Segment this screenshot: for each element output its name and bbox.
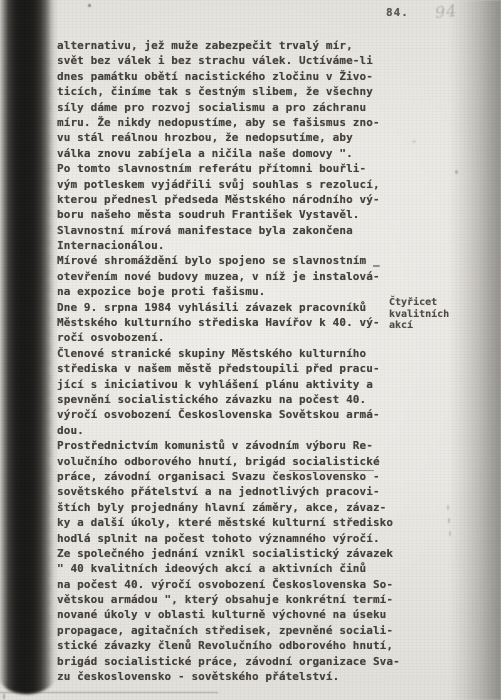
text-line: boru našeho města soudruh František Vyst… bbox=[57, 207, 402, 222]
scan-binding-shadow bbox=[0, 0, 58, 694]
text-line: jící s iniciativou k vyhlášení plánu akt… bbox=[57, 377, 402, 392]
text-line: propagace, agitačních středisek, zpevněn… bbox=[57, 623, 402, 638]
text-line: ticích, činíme tak s čestným slibem, že … bbox=[57, 84, 402, 99]
text-line: Internacionálou. bbox=[57, 238, 402, 253]
text-line: Členové stranické skupiny Městského kult… bbox=[57, 346, 402, 361]
text-line: míru. Že nikdy nedopustíme, aby se fašis… bbox=[57, 115, 402, 130]
text-line: spevnění socialistického závazku na poče… bbox=[57, 392, 402, 407]
text-line: zu československo - sovětského přátelstv… bbox=[57, 669, 402, 684]
text-line: dnes památku obětí nacistického zločinu … bbox=[57, 69, 402, 84]
text-line: výročí osvobození Československa Sovětsk… bbox=[57, 407, 402, 422]
text-line: volučního odborového hnutí, brigád socia… bbox=[57, 454, 402, 469]
margin-note: Čtyřicetkvalitníchakcí bbox=[389, 297, 449, 332]
margin-note-line: kvalitních bbox=[389, 309, 449, 321]
text-line: Mírové shromáždění bylo spojeno se slavn… bbox=[57, 253, 402, 268]
text-line: práce, závodní organisaci Svazu českoslo… bbox=[57, 469, 402, 484]
scan-edge-shadow bbox=[449, 0, 501, 700]
text-line: Ze společného jednání vznikl socialistic… bbox=[57, 546, 402, 561]
paragraph: Dne 9. srpna 1984 vyhlásili závazek prac… bbox=[57, 300, 402, 685]
text-line: válka znovu zabíjela a ničila naše domov… bbox=[57, 146, 402, 161]
text-line: otevřením nové budovy muzea, v níž je in… bbox=[57, 269, 402, 284]
margin-note-line: Čtyřicet bbox=[389, 297, 449, 309]
paragraph: alternativu, jež muže zabezpečit trvalý … bbox=[57, 38, 402, 300]
text-line: Po tomto slavnostním referátu přítomni b… bbox=[57, 161, 402, 176]
scan-speck bbox=[88, 4, 91, 7]
text-line: sovětského přátelství a na jednotlivých … bbox=[57, 484, 402, 499]
text-line: větskou armádou ", který obsahuje konkré… bbox=[57, 592, 402, 607]
scanned-page: alternativu, jež muže zabezpečit trvalý … bbox=[0, 0, 501, 700]
text-line: dou. bbox=[57, 423, 402, 438]
text-line: štích byly projednány hlavní záměry, akc… bbox=[57, 500, 402, 515]
text-line: ročí osvobození. bbox=[57, 330, 402, 345]
margin-note-line: akcí bbox=[389, 320, 449, 332]
text-line: hodlá splnit na počest tohoto významného… bbox=[57, 531, 402, 546]
underline-mark bbox=[289, 470, 374, 471]
text-line: brigád socialistické práce, závodní orga… bbox=[57, 654, 402, 669]
text-line: stické závazky členů Revolučního odborov… bbox=[57, 638, 402, 653]
text-line: na počest 40. výročí osvobození Českoslo… bbox=[57, 577, 402, 592]
text-line: Dne 9. srpna 1984 vyhlásili závazek prac… bbox=[57, 300, 402, 315]
text-line: vým potleskem vyjádřili svůj souhlas s r… bbox=[57, 177, 402, 192]
body-text: alternativu, jež muže zabezpečit trvalý … bbox=[57, 38, 402, 684]
text-line: svět bez válek i bez strachu válek. Uctí… bbox=[57, 53, 402, 68]
text-line: Prostřednictvím komunistů v závodním výb… bbox=[57, 438, 402, 453]
text-line: vu stál reálnou hrozbou, že nedopsutíme,… bbox=[57, 130, 402, 145]
text-line: kterou přednesl předseda Městského národ… bbox=[57, 192, 402, 207]
page-number: 84. bbox=[386, 6, 409, 19]
text-line: Městského kulturního střediska Havířov k… bbox=[57, 315, 402, 330]
text-line: ky a další úkoly, které městské kulturní… bbox=[57, 515, 402, 530]
text-line: síly dáme pro rozvoj socialismu a pro zá… bbox=[57, 100, 402, 115]
text-line: na expozice boje proti fašismu. bbox=[57, 284, 402, 299]
scan-speck bbox=[3, 694, 5, 699]
text-line: " 40 kvalitních ideových akcí a aktivníc… bbox=[57, 561, 402, 576]
text-line: alternativu, jež muže zabezpečit trvalý … bbox=[57, 38, 402, 53]
text-line: střediska v našem městě předstoupili pře… bbox=[57, 361, 402, 376]
text-line: Slavnostní mírová manifestace byla zakon… bbox=[57, 223, 402, 238]
text-line: nované úkoly v oblasti kulturně výchovné… bbox=[57, 607, 402, 622]
scan-speck bbox=[412, 140, 416, 143]
